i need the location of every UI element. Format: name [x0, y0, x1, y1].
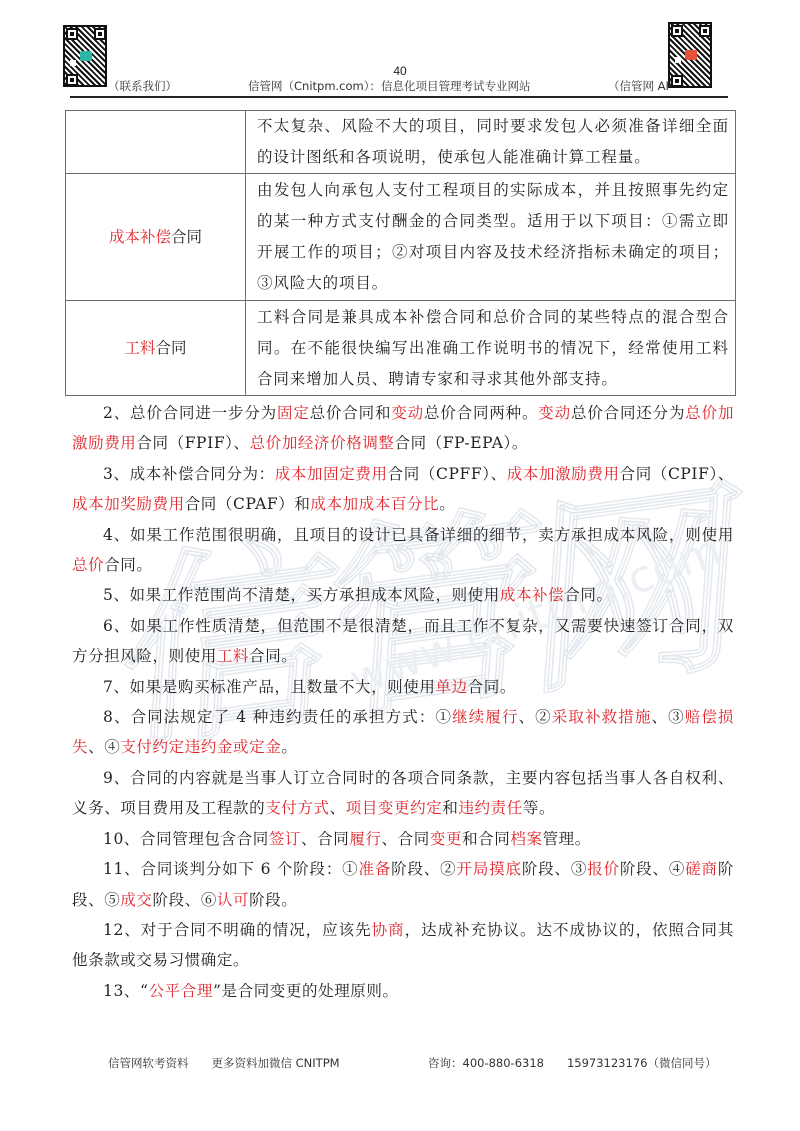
- highlighted-term: 变动: [391, 404, 424, 422]
- highlighted-term: 继续履行: [452, 708, 518, 726]
- highlighted-term: 报价: [587, 860, 620, 878]
- table-row: 不太复杂、风险不大的项目，同时要求发包人必须准备详细全面的设计图纸和各项说明，使…: [66, 111, 736, 174]
- text-segment: 阶段、④: [620, 860, 685, 878]
- note-paragraph: 11、合同谈判分如下 6 个阶段：①准备阶段、②开局摸底阶段、③报价阶段、④磋商…: [72, 854, 734, 915]
- text-segment: 合同。: [564, 586, 612, 604]
- contract-type-label: 成本补偿合同: [66, 174, 246, 301]
- note-paragraph: 7、如果是购买标准产品，且数量不大，则使用单边合同。: [72, 672, 734, 702]
- contract-type-description: 由发包人向承包人支付工程项目的实际成本，并且按照事先约定的某一种方式支付酬金的合…: [246, 174, 736, 301]
- highlighted-term: 成本补偿: [500, 586, 564, 604]
- text-segment: 合同。: [249, 647, 297, 665]
- text-segment: 11、合同谈判分如下 6 个阶段：①: [103, 860, 359, 878]
- header-site-title: 信管网（Cnitpm.com）：信息化项目管理考试专业网站: [248, 78, 531, 94]
- highlighted-term: 开局摸底: [457, 860, 522, 878]
- qr-logo-icon: [80, 51, 92, 61]
- text-segment: 阶段。: [249, 891, 297, 909]
- contract-type-description: 工料合同是兼具成本补偿合同和总价合同的某些特点的混合型合同。在不能很快编写出准确…: [246, 301, 736, 396]
- highlighted-term: 变更: [430, 830, 462, 848]
- text-segment: 合同。: [104, 556, 152, 574]
- highlighted-term: 支付方式: [265, 799, 329, 817]
- text-segment: 7、如果是购买标准产品，且数量不大，则使用: [103, 678, 435, 696]
- notes-body: 2、总价合同进一步分为固定总价合同和变动总价合同两种。变动总价合同还分为总价加激…: [72, 398, 734, 1006]
- page-number: 40: [0, 64, 800, 78]
- header-divider: [70, 96, 728, 98]
- qr-finder-icon: [699, 25, 711, 37]
- text-segment: 和: [442, 799, 458, 817]
- text-segment: 3、成本补偿合同分为：: [103, 465, 275, 483]
- text-segment: 总价合同和: [310, 404, 392, 422]
- text-segment: 总价合同还分为: [571, 404, 685, 422]
- header-contact-label: （联系我们）: [108, 78, 177, 94]
- text-segment: 总价合同两种。: [424, 404, 538, 422]
- table-row: 成本补偿合同 由发包人向承包人支付工程项目的实际成本，并且按照事先约定的某一种方…: [66, 174, 736, 301]
- highlighted-term: 公平合理: [149, 982, 213, 1000]
- text-segment: 管理。: [543, 830, 591, 848]
- text-segment: 合同（CPFF）、: [388, 465, 507, 483]
- note-paragraph: 13、“公平合理”是合同变更的处理原则。: [72, 976, 734, 1006]
- highlighted-term: 项目变更约定: [346, 799, 443, 817]
- contract-type-suffix: 合同: [156, 339, 187, 357]
- text-segment: 。: [439, 495, 455, 513]
- text-segment: 、合同: [382, 830, 430, 848]
- note-paragraph: 5、如果工作范围尚不清楚，买方承担成本风险，则使用成本补偿合同。: [72, 580, 734, 610]
- text-segment: 12、对于合同不明确的情况，应该先: [103, 921, 372, 939]
- contract-type-suffix: 合同: [171, 228, 202, 246]
- contract-type-highlight: 成本补偿: [109, 228, 171, 246]
- highlighted-term: 违约责任: [458, 799, 522, 817]
- text-segment: 4、如果工作范围很明确，且项目的设计已具备详细的细节，卖方承担成本风险，则使用: [103, 526, 734, 544]
- footer-promo-text: 信管网软考资料 更多资料加微信 CNITPM: [108, 1055, 340, 1071]
- text-segment: 8、合同法规定了 4 种违约责任的承担方式：①: [103, 708, 452, 726]
- qr-logo-icon: [685, 50, 697, 60]
- highlighted-term: 签订: [269, 830, 301, 848]
- text-segment: 5、如果工作范围尚不清楚，买方承担成本风险，则使用: [103, 586, 500, 604]
- highlighted-term: 变动: [538, 404, 571, 422]
- highlighted-term: 协商: [372, 921, 405, 939]
- text-segment: 。: [281, 738, 297, 756]
- qr-code-app-icon: [668, 22, 712, 88]
- highlighted-term: 成交: [120, 891, 152, 909]
- text-segment: 和合同: [462, 830, 510, 848]
- contract-type-highlight: 工料: [124, 339, 155, 357]
- highlighted-term: 总价加经济价格调整: [250, 434, 395, 452]
- footer-contact-text: 咨询：400-880-6318 15973123176（微信同号）: [428, 1055, 716, 1071]
- highlighted-term: 档案: [510, 830, 542, 848]
- highlighted-term: 成本加成本百分比: [310, 495, 439, 513]
- qr-finder-icon: [671, 25, 683, 37]
- text-segment: 合同。: [468, 678, 516, 696]
- highlighted-term: 固定: [277, 404, 310, 422]
- text-segment: 等。: [523, 799, 555, 817]
- note-paragraph: 4、如果工作范围很明确，且项目的设计已具备详细的细节，卖方承担成本风险，则使用总…: [72, 520, 734, 581]
- text-segment: ”是合同变更的处理原则。: [213, 982, 399, 1000]
- highlighted-term: 采取补救措施: [552, 708, 652, 726]
- highlighted-term: 履行: [349, 830, 381, 848]
- highlighted-term: 工料: [217, 647, 249, 665]
- highlighted-term: 成本加激励费用: [507, 465, 620, 483]
- text-segment: 、②: [519, 708, 552, 726]
- note-paragraph: 9、合同的内容就是当事人订立合同时的各项合同条款，主要内容包括当事人各自权利、义…: [72, 763, 734, 824]
- text-segment: 、: [330, 799, 346, 817]
- text-segment: 合同（CPAF）和: [185, 495, 311, 513]
- qr-finder-icon: [94, 28, 106, 40]
- header-app-label: （信管网 AF: [608, 78, 672, 94]
- highlighted-term: 成本加固定费用: [275, 465, 388, 483]
- text-segment: 阶段、③: [522, 860, 587, 878]
- note-paragraph: 8、合同法规定了 4 种违约责任的承担方式：①继续履行、②采取补救措施、③赔偿损…: [72, 702, 734, 763]
- text-segment: 10、合同管理包含合同: [103, 830, 269, 848]
- qr-finder-icon: [66, 28, 78, 40]
- text-segment: 2、总价合同进一步分为: [103, 404, 277, 422]
- text-segment: 合同（FPIF）、: [136, 434, 249, 452]
- table-row: 工料合同 工料合同是兼具成本补偿合同和总价合同的某些特点的混合型合同。在不能很快…: [66, 301, 736, 396]
- highlighted-term: 磋商: [685, 860, 718, 878]
- text-segment: 6、如果工作性质清楚，但范围不是很清楚，而且工作不复杂，又需要快速签订合同，双方…: [72, 617, 734, 665]
- text-segment: 阶段、⑥: [153, 891, 217, 909]
- note-paragraph: 6、如果工作性质清楚，但范围不是很清楚，而且工作不复杂，又需要快速签订合同，双方…: [72, 611, 734, 672]
- highlighted-term: 支付约定违约金或定金: [120, 738, 281, 756]
- note-paragraph: 2、总价合同进一步分为固定总价合同和变动总价合同两种。变动总价合同还分为总价加激…: [72, 398, 734, 459]
- highlighted-term: 认可: [217, 891, 249, 909]
- text-segment: 13、“: [103, 982, 149, 1000]
- highlighted-term: 准备: [359, 860, 392, 878]
- text-segment: 阶段、②: [391, 860, 456, 878]
- highlighted-term: 总价: [72, 556, 104, 574]
- contract-type-label: 工料合同: [66, 301, 246, 396]
- highlighted-term: 成本加奖励费用: [72, 495, 185, 513]
- highlighted-term: 单边: [435, 678, 467, 696]
- text-segment: 、④: [88, 738, 120, 756]
- text-segment: 合同（CPIF）、: [620, 465, 734, 483]
- note-paragraph: 3、成本补偿合同分为：成本加固定费用合同（CPFF）、成本加激励费用合同（CPI…: [72, 459, 734, 520]
- text-segment: 合同（FP-EPA）。: [395, 434, 528, 452]
- text-segment: 、合同: [301, 830, 349, 848]
- contract-type-label: [66, 111, 246, 174]
- note-paragraph: 12、对于合同不明确的情况，应该先协商，达成补充协议。达不成协议的，依照合同其他…: [72, 915, 734, 976]
- contract-type-table: 不太复杂、风险不大的项目，同时要求发包人必须准备详细全面的设计图纸和各项说明，使…: [65, 110, 736, 396]
- note-paragraph: 10、合同管理包含合同签订、合同履行、合同变更和合同档案管理。: [72, 824, 734, 854]
- text-segment: 、③: [651, 708, 684, 726]
- contract-type-description: 不太复杂、风险不大的项目，同时要求发包人必须准备详细全面的设计图纸和各项说明，使…: [246, 111, 736, 174]
